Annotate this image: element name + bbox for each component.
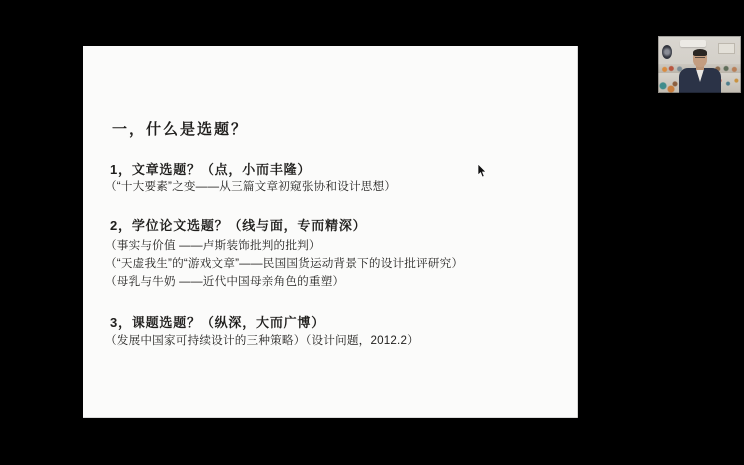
presenter-video-tile[interactable] [658, 36, 741, 93]
section-2-heading: 2，学位论文选题？（线与面，专而精深） [110, 215, 366, 234]
presentation-slide: 一，什么是选题？ 1，文章选题？（点，小而丰隆） （“十大要素”之变——从三篇文… [83, 46, 578, 418]
section-1-line-1: （“十大要素”之变——从三篇文章初窥张协和设计思想） [105, 178, 396, 194]
section-3-line-1: （发展中国家可持续设计的三种策略）（设计问题，2012.2） [105, 332, 419, 348]
section-1-heading: 1，文章选题？（点，小而丰隆） [110, 159, 311, 178]
section-2-line-2: （“天虚我生”的“游戏文章”——民国国货运动背景下的设计批评研究） [105, 255, 463, 271]
slide-title: 一，什么是选题？ [112, 118, 248, 139]
section-2-line-3: （母乳与牛奶 ——近代中国母亲角色的重塑） [105, 273, 344, 289]
section-2-line-1: （事实与价值 ——卢斯装饰批判的批判） [105, 237, 321, 253]
meeting-screenshare-stage: 一，什么是选题？ 1，文章选题？（点，小而丰隆） （“十大要素”之变——从三篇文… [0, 0, 744, 465]
section-3-heading: 3，课题选题？（纵深，大而广博） [110, 312, 325, 331]
video-tile-border [658, 36, 741, 93]
